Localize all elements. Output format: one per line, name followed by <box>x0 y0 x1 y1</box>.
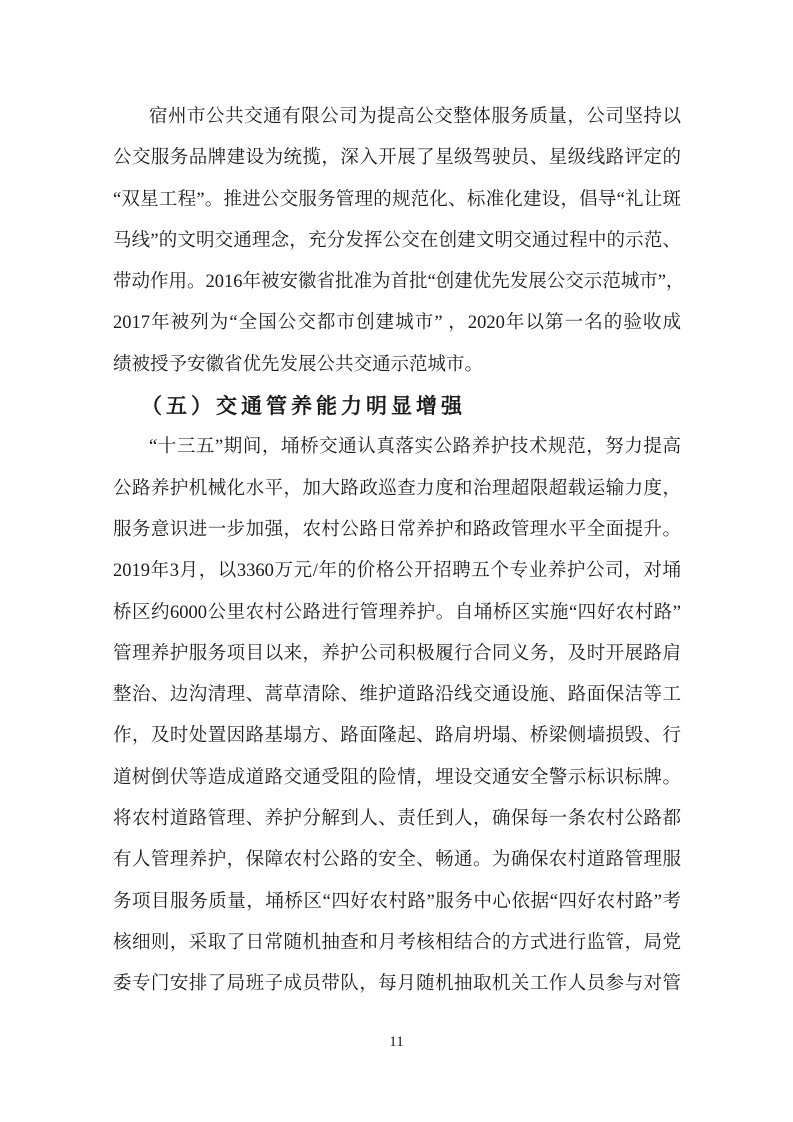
paragraph2-line: 委专门安排了局班子成员带队，每月随机抽取机关工作人员参与对管 <box>113 964 681 1005</box>
paragraph2-line: 作，及时处置因路基塌方、路面隆起、路肩坍塌、桥梁侧墙损毁、行 <box>113 716 681 757</box>
document-page: 宿州市公共交通有限公司为提高公交整体服务质量，公司坚持以 公交服务品牌建设为统揽… <box>0 0 793 1122</box>
paragraph2-line: 管理养护服务项目以来，养护公司积极履行合同义务，及时开展路肩 <box>113 634 681 675</box>
paragraph2-line: 整治、边沟清理、蒿草清除、维护道路沿线交通设施、路面保洁等工 <box>113 675 681 716</box>
paragraph2-line: 务项目服务质量，埇桥区“四好农村路”服务中心依据“四好农村路”考 <box>113 882 681 923</box>
paragraph1-line: “双星工程”。推进公交服务管理的规范化、标准化建设，倡导“礼让斑 <box>113 180 681 221</box>
paragraph1-line: 公交服务品牌建设为统揽，深入开展了星级驾驶员、星级线路评定的 <box>113 138 681 179</box>
paragraph1-line: 2017年被列为“全国公交都市创建城市” ，2020年以第一名的验收成 <box>113 303 681 344</box>
paragraph2-line: 公路养护机械化水平，加大路政巡查力度和治理超限超载运输力度， <box>113 469 681 510</box>
section-heading: （五）交通管养能力明显增强 <box>113 386 681 427</box>
paragraph1-line: 绩被授予安徽省优先发展公共交通示范城市。 <box>113 345 681 386</box>
paragraph2-line: 有人管理养护，保障农村公路的安全、畅通。为确保农村道路管理服 <box>113 840 681 881</box>
paragraph1-line: 宿州市公共交通有限公司为提高公交整体服务质量，公司坚持以 <box>113 97 681 138</box>
paragraph2-line: 道树倒伏等造成道路交通受阻的险情，埋设交通安全警示标识标牌。 <box>113 758 681 799</box>
paragraph2-line: 桥区约6000公里农村公路进行管理养护。自埇桥区实施“四好农村路” <box>113 593 681 634</box>
paragraph2-line: 2019年3月，以3360万元/年的价格公开招聘五个专业养护公司，对埇 <box>113 551 681 592</box>
paragraph2-line: 服务意识进一步加强，农村公路日常养护和路政管理水平全面提升。 <box>113 510 681 551</box>
page-number: 11 <box>0 1034 793 1051</box>
text-block: 宿州市公共交通有限公司为提高公交整体服务质量，公司坚持以 公交服务品牌建设为统揽… <box>113 97 681 1006</box>
paragraph2-line: “十三五”期间，埇桥交通认真落实公路养护技术规范，努力提高 <box>113 427 681 468</box>
paragraph1-line: 马线”的文明交通理念，充分发挥公交在创建文明交通过程中的示范、 <box>113 221 681 262</box>
paragraph2-line: 核细则，采取了日常随机抽查和月考核相结合的方式进行监管，局党 <box>113 923 681 964</box>
paragraph2-line: 将农村道路管理、养护分解到人、责任到人，确保每一条农村公路都 <box>113 799 681 840</box>
paragraph1-line: 带动作用。2016年被安徽省批准为首批“创建优先发展公交示范城市”， <box>113 262 681 303</box>
